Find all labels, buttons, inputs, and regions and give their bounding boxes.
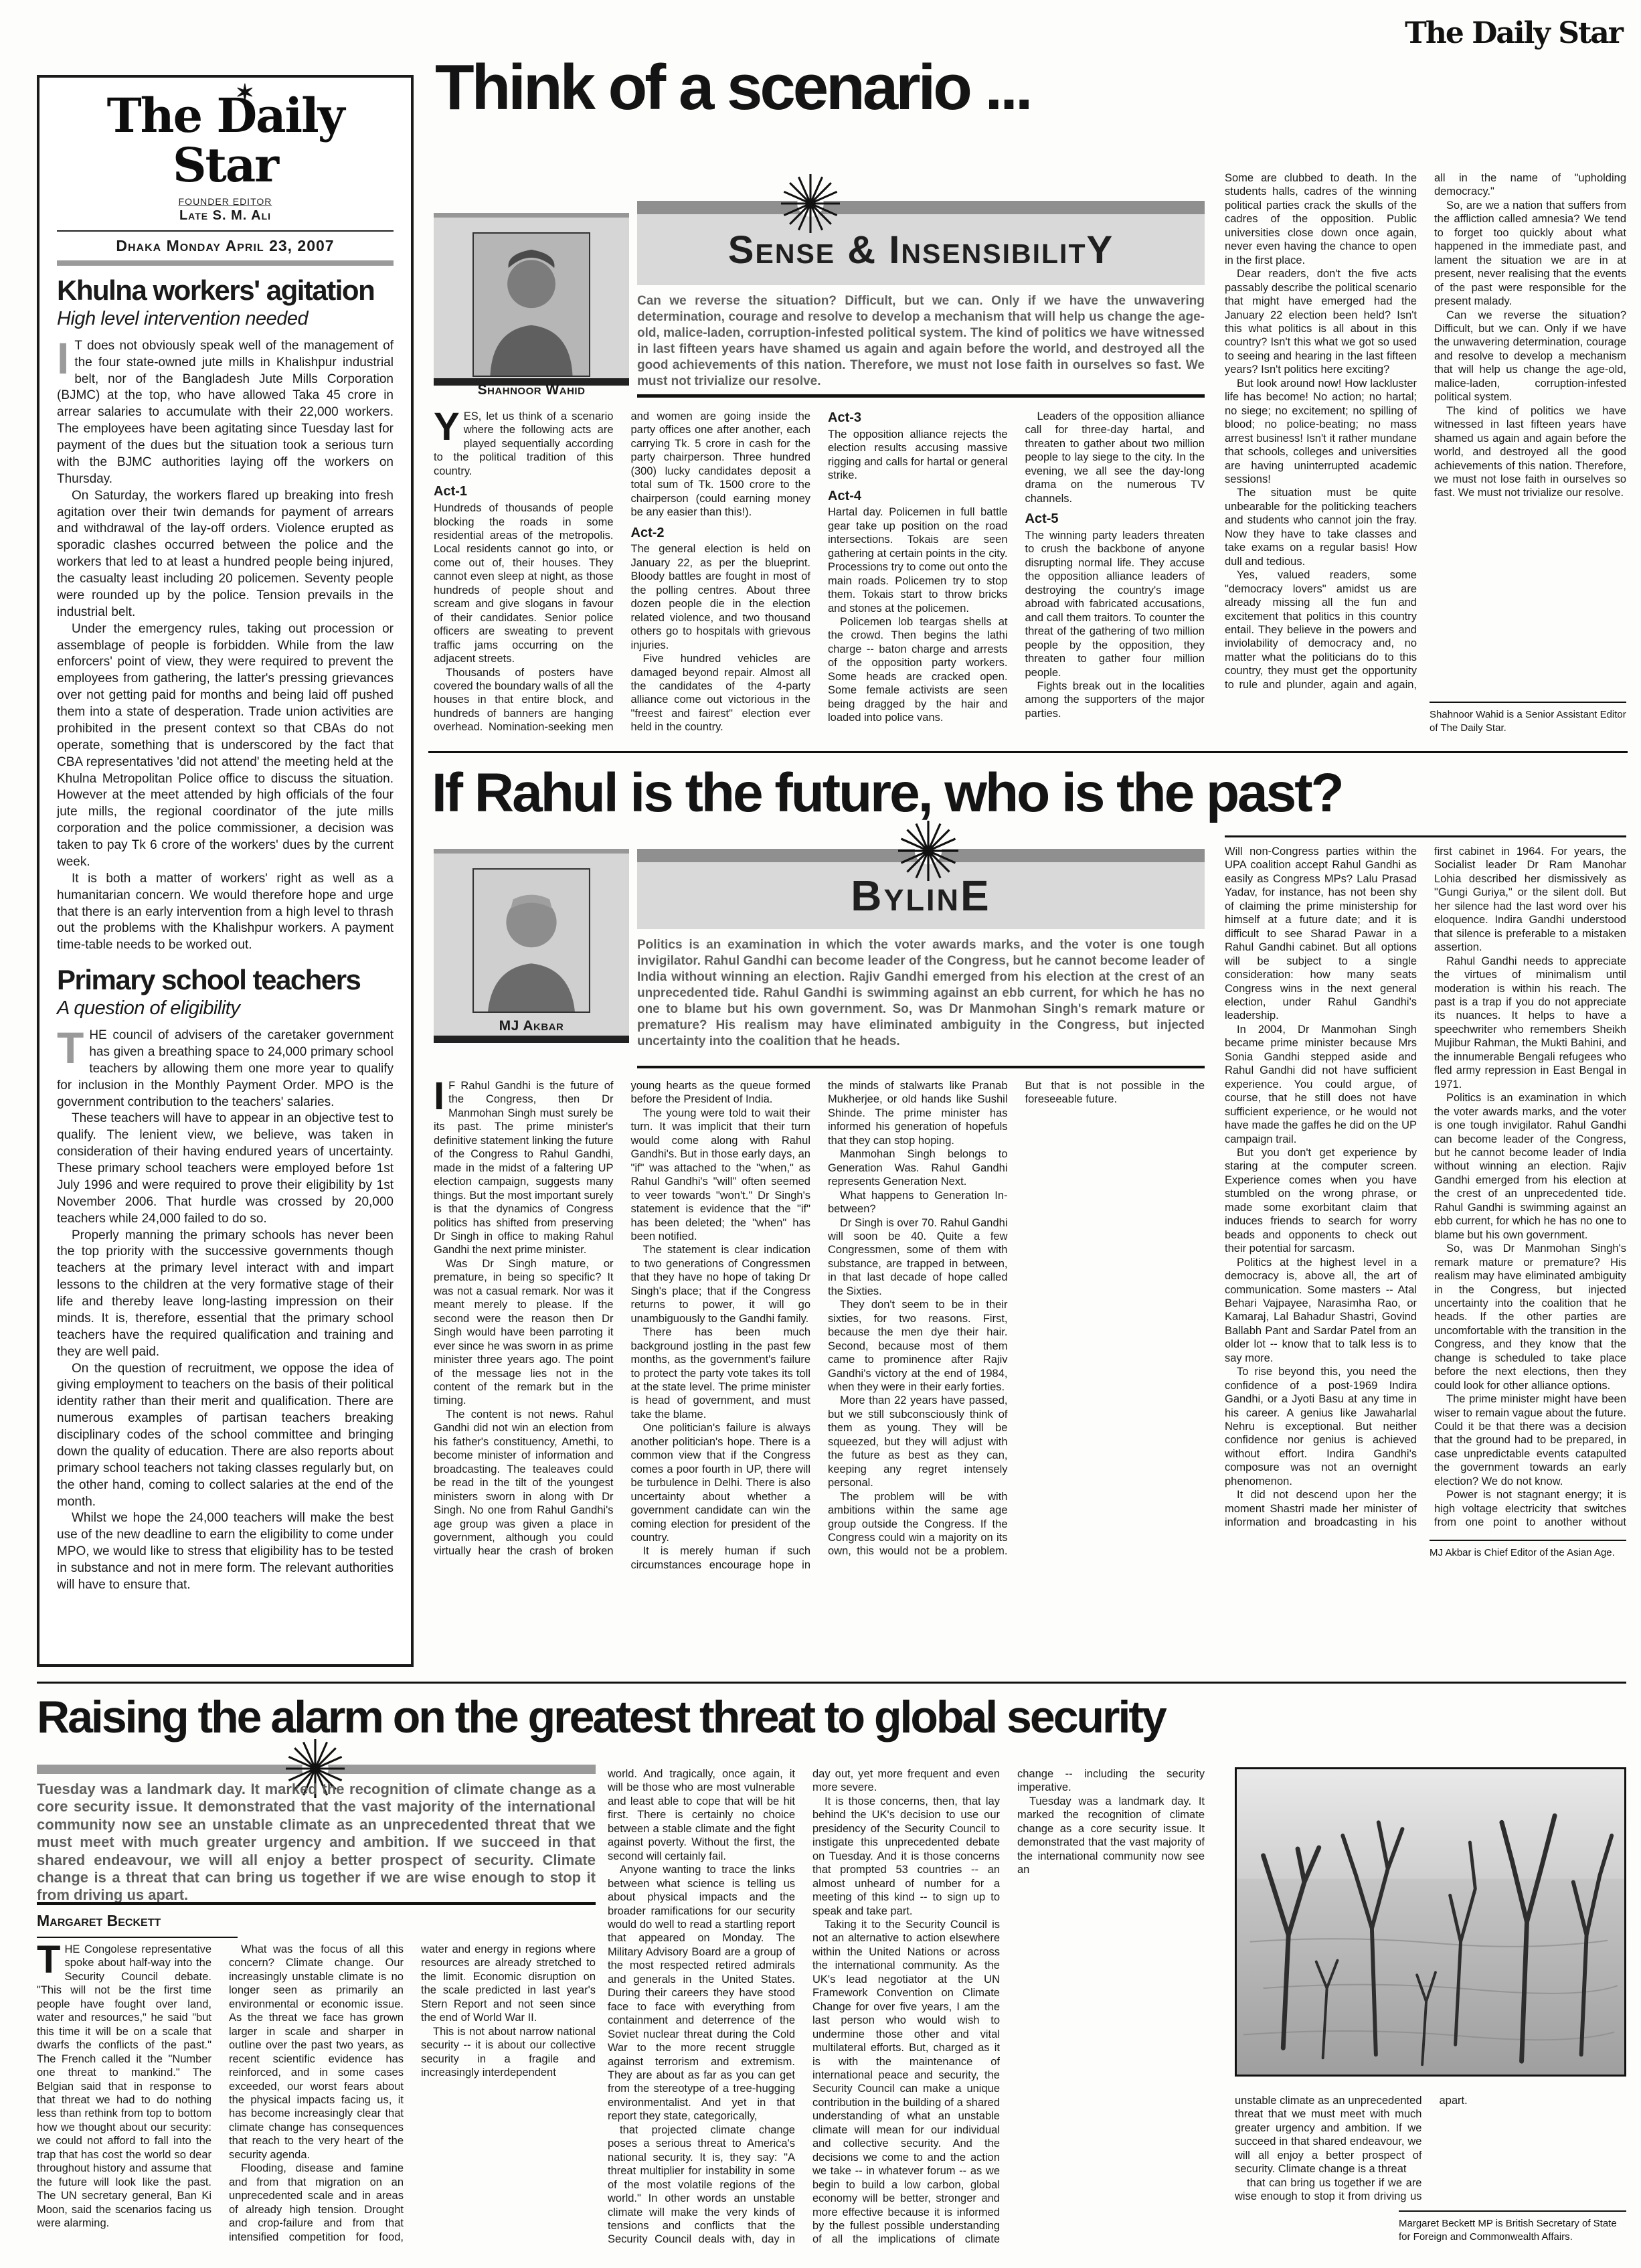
- column-banner-sense: Sense & InsensibilitY: [637, 201, 1205, 285]
- rahul-standfirst: Politics is an examination in which the …: [637, 937, 1205, 1068]
- alarm-body: THE Congolese representative spoke about…: [37, 1943, 596, 2252]
- body-paragraph: Will non-Congress parties within the UPA…: [1225, 845, 1417, 1023]
- starburst-icon: [781, 174, 840, 233]
- body-paragraph: More than 22 years have passed, but we s…: [828, 1394, 1008, 1489]
- act-subhead: Act-5: [1025, 511, 1205, 528]
- body-paragraph: Tuesday was a landmark day. It marked th…: [1017, 1795, 1205, 1877]
- body-paragraph: There has been much background jostling …: [631, 1325, 811, 1421]
- drought-photo: [1235, 1767, 1626, 2077]
- alarm-body-under-photo: unstable climate as an unprecedented thr…: [1235, 2094, 1626, 2205]
- starburst-icon: [898, 821, 958, 881]
- body-paragraph: unstable climate as an unprecedented thr…: [1235, 2094, 1422, 2176]
- column-banner-byline: BylinE: [637, 849, 1205, 929]
- body-paragraph: On Saturday, the workers flared up break…: [57, 488, 394, 621]
- body-paragraph: Rahul Gandhi needs to appreciate the vir…: [1434, 955, 1626, 1092]
- body-paragraph: world. And tragically, once again, it wi…: [608, 1767, 795, 1863]
- founder-editor-label: FOUNDER EDITOR: [57, 196, 394, 207]
- newspaper-page: The Daily Star The Daily Star ✶ FOUNDER …: [0, 0, 1641, 2268]
- alarm-banner-rule: [37, 1765, 596, 1774]
- author-panel-shahnoor: Shahnoor Wahid: [434, 213, 629, 386]
- column-name: Sense & InsensibilitY: [637, 214, 1205, 285]
- masthead-gray-rule: [57, 260, 394, 266]
- body-paragraph: Manmohan Singh belongs to Generation Was…: [828, 1147, 1008, 1188]
- body-paragraph: Five hundred vehicles are damaged beyond…: [631, 652, 811, 734]
- body-paragraph: The general election is held on January …: [631, 542, 811, 652]
- body-paragraph: Fights break out in the localities among…: [1025, 679, 1205, 720]
- act-subhead: Act-1: [434, 483, 614, 500]
- body-paragraph: Leaders of the opposition alliance call …: [1025, 410, 1205, 505]
- editorial-subtitle: A question of eligibility: [57, 997, 394, 1020]
- body-paragraph: But look around now! How lackluster life…: [1225, 377, 1417, 487]
- act-subhead: Act-2: [631, 525, 811, 542]
- editorial-panel: The Daily Star ✶ FOUNDER EDITOR Late S. …: [37, 75, 414, 1667]
- alarm-standfirst: Tuesday was a landmark day. It marked th…: [37, 1781, 596, 1905]
- scenario-standfirst: Can we reverse the situation? Difficult,…: [637, 293, 1205, 398]
- body-paragraph: Policemen lob teargas shells at the crow…: [828, 615, 1008, 725]
- editorial-khulna: Khulna workers' agitation High level int…: [57, 276, 394, 954]
- scenario-headline: Think of a scenario ...: [435, 51, 1031, 125]
- section-divider: [428, 751, 1628, 753]
- banner-strip: [637, 201, 1205, 214]
- alarm-signoff: Margaret Beckett MP is British Secretary…: [1399, 2210, 1626, 2243]
- alarm-headline: Raising the alarm on the greatest threat…: [37, 1691, 1375, 1743]
- editorial-title: Primary school teachers: [57, 966, 394, 995]
- body-paragraph: It is both a matter of workers' right as…: [57, 871, 394, 954]
- editorial-teachers: Primary school teachers A question of el…: [57, 966, 394, 1594]
- body-paragraph: The situation must be quite unbearable f…: [1225, 486, 1417, 568]
- paper-logo: The Daily Star ✶: [57, 91, 394, 189]
- body-paragraph: Under the emergency rules, taking out pr…: [57, 621, 394, 871]
- masthead-rule: [57, 230, 394, 232]
- body-paragraph: THE council of advisers of the caretaker…: [57, 1028, 394, 1111]
- dateline: Dhaka Monday April 23, 2007: [57, 236, 394, 260]
- masthead-star-icon: ✶: [236, 82, 255, 106]
- body-paragraph: Whilst we hope the 24,000 teachers will …: [57, 1510, 394, 1593]
- body-paragraph: IF Rahul Gandhi is the future of the Con…: [434, 1079, 614, 1257]
- author-photo-shahnoor-wahid: [472, 232, 590, 377]
- column-top-rule: [1225, 835, 1626, 837]
- section-divider: [37, 1682, 1626, 1684]
- body-paragraph: The prime minister might have been wiser…: [1434, 1392, 1626, 1488]
- body-paragraph: The kind of politics we have witnessed i…: [1434, 404, 1626, 500]
- body-paragraph: IT does not obviously speak well of the …: [57, 338, 394, 488]
- body-paragraph: One politician's failure is always anoth…: [631, 1421, 811, 1544]
- body-paragraph: Can we reverse the situation? Difficult,…: [1434, 309, 1626, 404]
- body-paragraph: Dr Singh is over 70. Rahul Gandhi will s…: [828, 1216, 1008, 1299]
- scenario-body-right: Some are clubbed to death. In the studen…: [1225, 171, 1626, 698]
- body-paragraph: THE Congolese representative spoke about…: [37, 1943, 211, 2231]
- drop-cap: Y: [434, 410, 464, 442]
- body-paragraph: They don't seem to be in their sixties, …: [828, 1298, 1008, 1394]
- body-paragraph: YES, let us think of a scenario where th…: [434, 410, 614, 478]
- body-paragraph: It is those concerns, then, that lay beh…: [812, 1795, 1000, 1918]
- editorial-subtitle: High level intervention needed: [57, 308, 394, 330]
- body-paragraph: Properly manning the primary schools has…: [57, 1228, 394, 1361]
- body-paragraph: What happens to Generation In-between?: [828, 1189, 1008, 1216]
- editorial-body: THE council of advisers of the caretaker…: [57, 1028, 394, 1594]
- author-photo-mj-akbar: [472, 868, 590, 1013]
- alarm-author: Margaret Beckett: [37, 1912, 238, 1938]
- scenario-body: YES, let us think of a scenario where th…: [434, 410, 1205, 735]
- paper-logo-small: The Daily Star: [1405, 16, 1622, 50]
- body-paragraph: On the question of recruitment, we oppos…: [57, 1361, 394, 1511]
- body-paragraph: Politics at the highest level in a democ…: [1225, 1256, 1417, 1366]
- body-paragraph: The statement is clear indication to two…: [631, 1243, 811, 1325]
- body-paragraph: Anyone wanting to trace the links betwee…: [608, 1863, 795, 2123]
- body-paragraph: The winning party leaders threaten to cr…: [1025, 529, 1205, 679]
- author-panel-mj: MJ Akbar: [434, 849, 629, 1043]
- drop-cap: T: [37, 1943, 64, 1975]
- rahul-signoff: MJ Akbar is Chief Editor of the Asian Ag…: [1430, 1540, 1626, 1560]
- editorial-title: Khulna workers' agitation: [57, 276, 394, 305]
- body-paragraph: But you don't get experience by staring …: [1225, 1146, 1417, 1256]
- rahul-body: IF Rahul Gandhi is the future of the Con…: [434, 1079, 1205, 1573]
- body-paragraph: What was the focus of all this concern? …: [229, 1943, 404, 2162]
- alarm-body-right: world. And tragically, once again, it wi…: [608, 1767, 1205, 2252]
- author-name: Shahnoor Wahid: [434, 382, 629, 398]
- drop-cap: I: [434, 1079, 448, 1112]
- body-paragraph: This is not about narrow national securi…: [421, 2025, 596, 2080]
- body-paragraph: In 2004, Dr Manmohan Singh became prime …: [1225, 1023, 1417, 1146]
- act-subhead: Act-4: [828, 488, 1008, 505]
- editorial-body: IT does not obviously speak well of the …: [57, 338, 394, 954]
- paper-logo-text: The Daily Star: [107, 88, 344, 193]
- body-paragraph: The opposition alliance rejects the elec…: [828, 428, 1008, 483]
- rahul-headline: If Rahul is the future, who is the past?: [432, 762, 1343, 825]
- drop-cap: T: [57, 1028, 89, 1066]
- body-paragraph: The young were told to wait their turn. …: [631, 1107, 811, 1244]
- body-paragraph: Dear readers, don't the five acts passab…: [1225, 267, 1417, 377]
- body-paragraph: Was Dr Singh mature, or premature, in be…: [434, 1257, 614, 1408]
- body-paragraph: Hartal day. Policemen in full battle gea…: [828, 505, 1008, 615]
- author-name: MJ Akbar: [434, 1018, 629, 1034]
- body-paragraph: So, was Dr Manmohan Singh's remark matur…: [1434, 1242, 1626, 1392]
- masthead: The Daily Star ✶ FOUNDER EDITOR Late S. …: [57, 91, 394, 266]
- body-paragraph: Hundreds of thousands of people blocking…: [434, 501, 614, 665]
- scenario-signoff: Shahnoor Wahid is a Senior Assistant Edi…: [1430, 702, 1626, 734]
- drop-cap: I: [57, 338, 74, 376]
- body-paragraph: So, are we a nation that suffers from th…: [1434, 199, 1626, 309]
- body-paragraph: These teachers will have to appear in an…: [57, 1111, 394, 1227]
- act-subhead: Act-3: [828, 410, 1008, 426]
- founder-editor-name: Late S. M. Ali: [57, 208, 394, 224]
- body-paragraph: To rise beyond this, you need the confid…: [1225, 1365, 1417, 1488]
- rahul-body-right: Will non-Congress parties within the UPA…: [1225, 845, 1626, 1533]
- body-paragraph: Some are clubbed to death. In the studen…: [1225, 171, 1417, 267]
- body-paragraph: Politics is an examination in which the …: [1434, 1091, 1626, 1242]
